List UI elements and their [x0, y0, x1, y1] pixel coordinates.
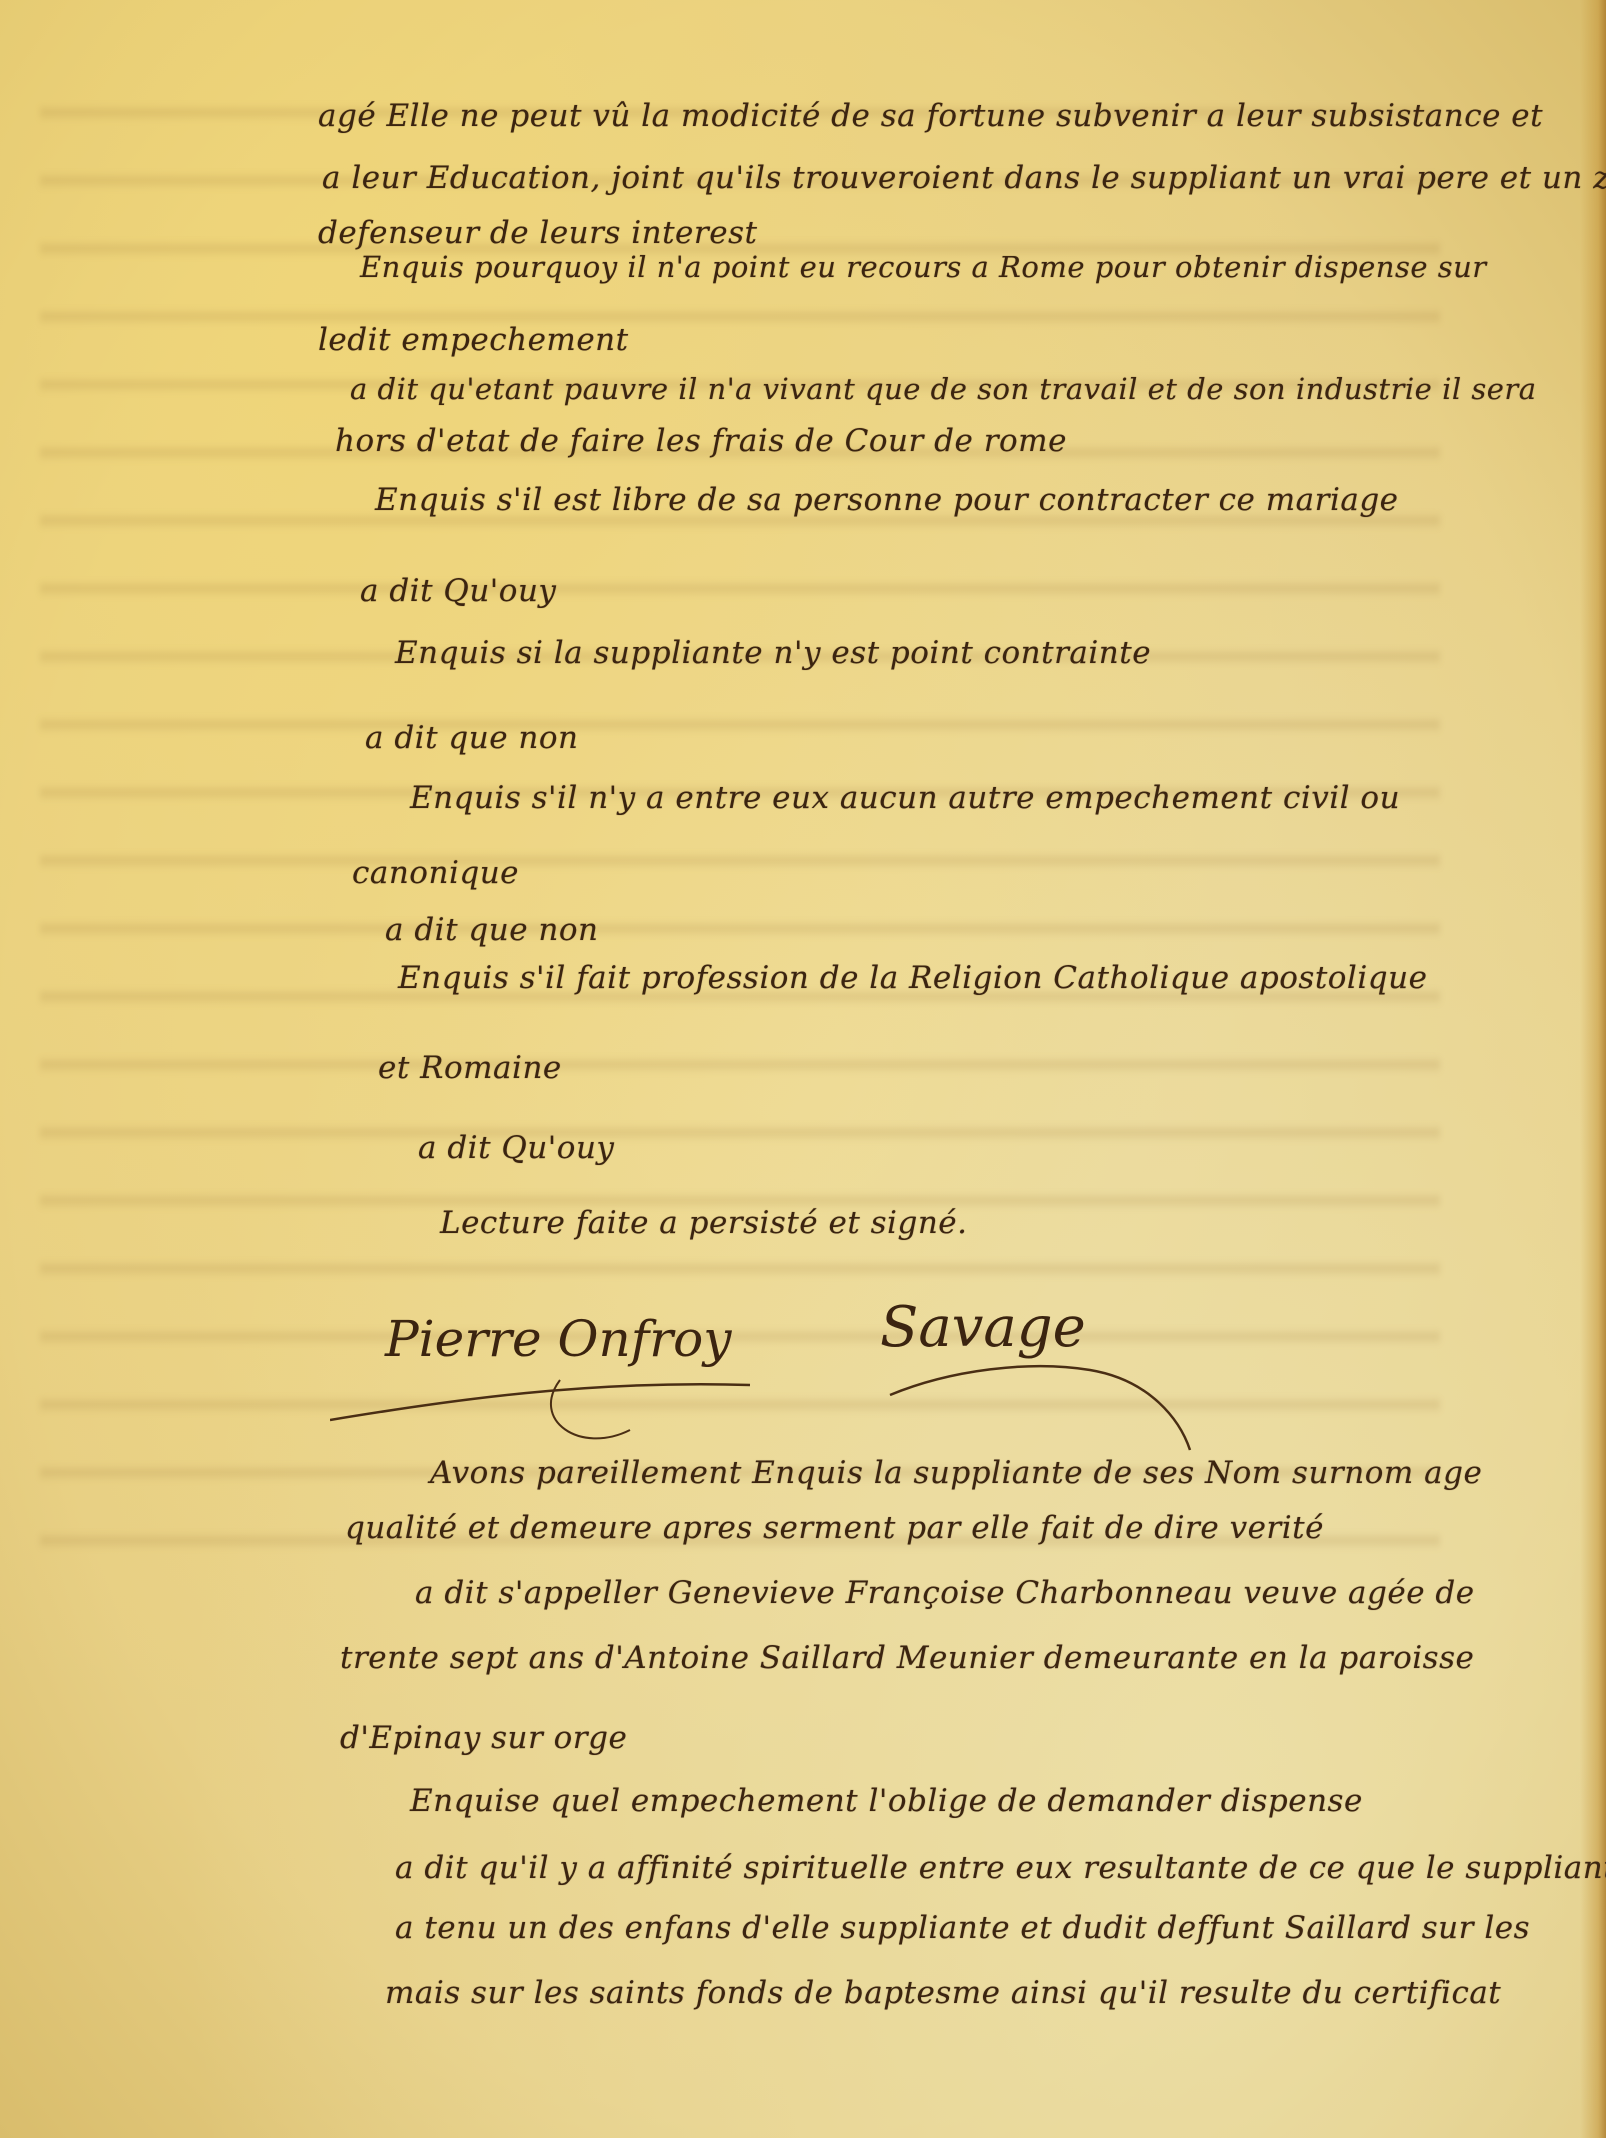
- text-line: ledit empechement: [318, 322, 629, 358]
- signature-flourish-icon: [330, 1360, 1230, 1470]
- text-line: defenseur de leurs interest: [318, 215, 757, 251]
- text-line: trente sept ans d'Antoine Saillard Meuni…: [340, 1640, 1474, 1676]
- text-line: Enquis pourquoy il n'a point eu recours …: [360, 250, 1487, 284]
- text-line: Enquise quel empechement l'oblige de dem…: [410, 1783, 1363, 1819]
- text-line: a dit qu'etant pauvre il n'a vivant que …: [350, 372, 1537, 406]
- text-line: qualité et demeure apres serment par ell…: [345, 1510, 1324, 1546]
- text-line: a dit que non: [385, 912, 599, 948]
- text-line: hors d'etat de faire les frais de Cour d…: [335, 423, 1067, 459]
- text-line: d'Epinay sur orge: [340, 1720, 627, 1756]
- signature-savage: Savage: [880, 1295, 1086, 1360]
- text-line: canonique: [352, 855, 519, 891]
- text-line: a dit s'appeller Genevieve Françoise Cha…: [415, 1575, 1475, 1611]
- text-line: Avons pareillement Enquis la suppliante …: [430, 1455, 1482, 1491]
- text-line: et Romaine: [378, 1050, 562, 1086]
- text-line: Enquis s'il est libre de sa personne pou…: [375, 482, 1399, 518]
- text-line: mais sur les saints fonds de baptesme ai…: [385, 1975, 1501, 2011]
- text-line: agé Elle ne peut vû la modicité de sa fo…: [318, 98, 1543, 134]
- page-edge: [1580, 0, 1606, 2138]
- text-line: Enquis si la suppliante n'y est point co…: [395, 635, 1151, 671]
- text-line: Enquis s'il fait profession de la Religi…: [398, 960, 1427, 996]
- text-line: a leur Education, joint qu'ils trouveroi…: [322, 160, 1606, 196]
- manuscript-page: agé Elle ne peut vû la modicité de sa fo…: [0, 0, 1606, 2138]
- text-line: a dit Qu'ouy: [418, 1130, 614, 1166]
- text-line: a dit que non: [365, 720, 579, 756]
- text-line: a dit Qu'ouy: [360, 573, 556, 609]
- text-line: Lecture faite a persisté et signé.: [440, 1205, 968, 1241]
- text-line: a tenu un des enfans d'elle suppliante e…: [395, 1910, 1530, 1946]
- text-line: Enquis s'il n'y a entre eux aucun autre …: [410, 780, 1400, 816]
- text-line: a dit qu'il y a affinité spirituelle ent…: [395, 1850, 1606, 1886]
